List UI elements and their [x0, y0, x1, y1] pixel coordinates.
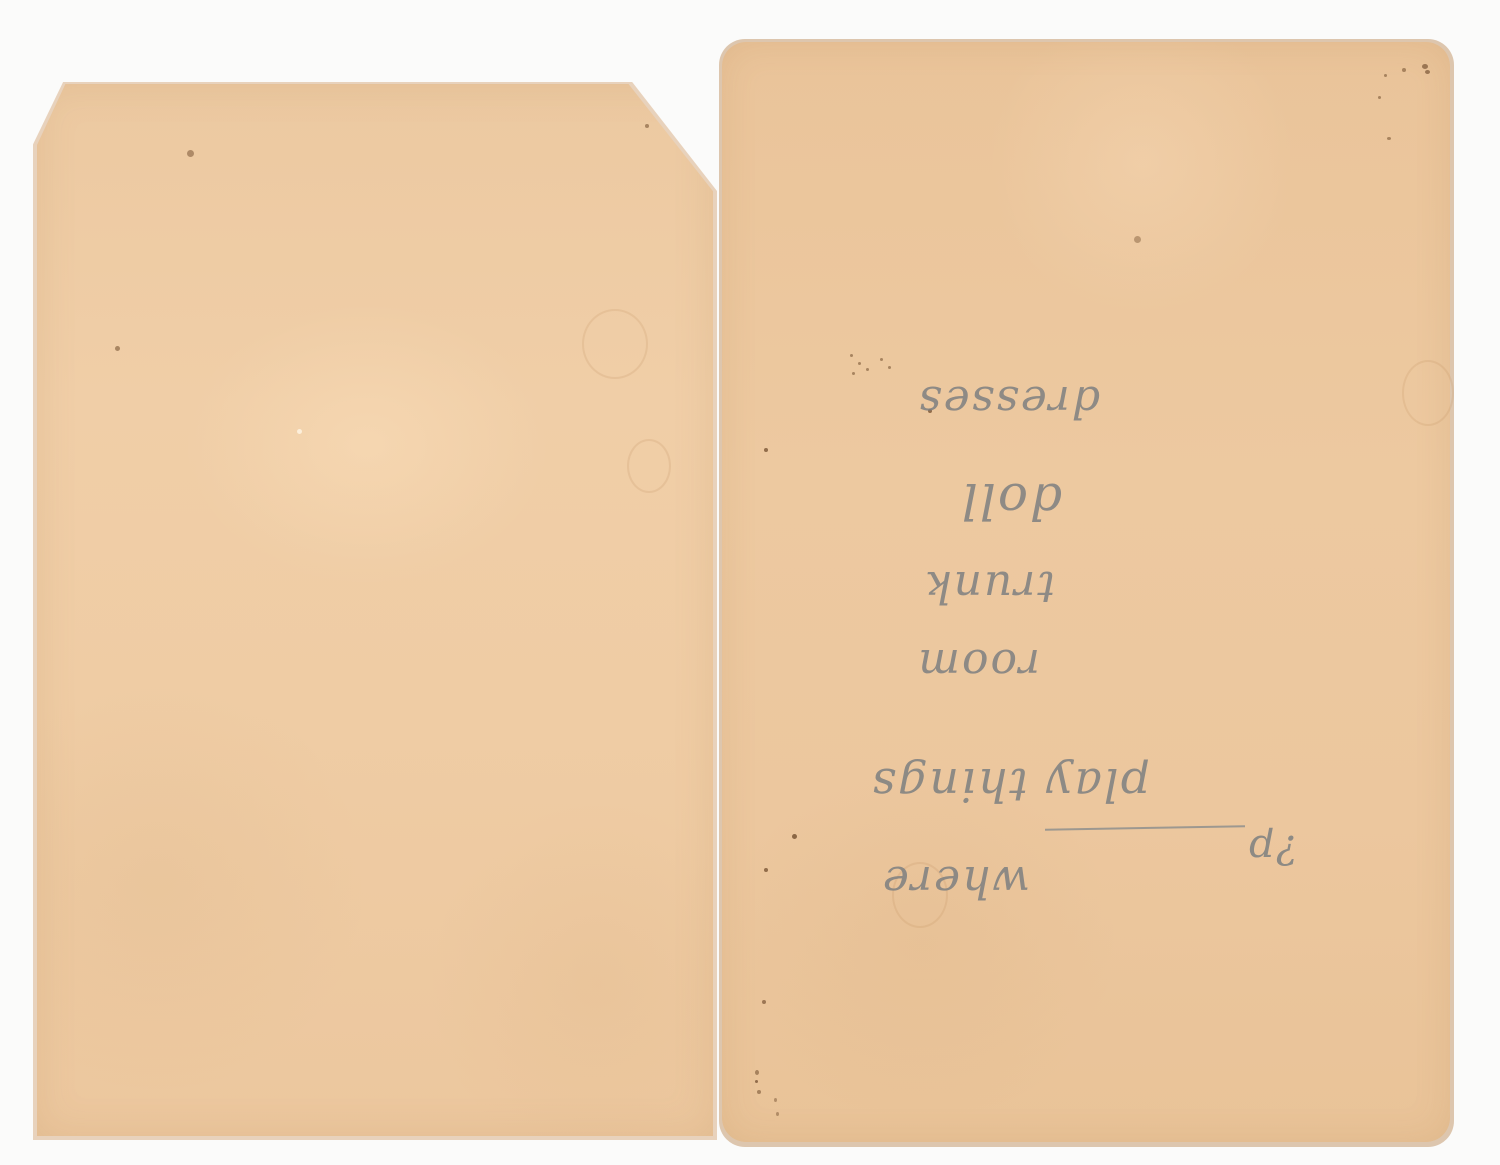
stain-ring [627, 439, 671, 493]
foxing-spot [297, 429, 302, 434]
right-card-back [722, 42, 1450, 1142]
stain-ring [1402, 360, 1454, 426]
foxing-spot [1378, 96, 1381, 99]
foxing-spot [762, 1000, 766, 1004]
foxing-spot [880, 358, 883, 361]
foxing-spot [1402, 68, 1406, 72]
foxing-spot [1384, 74, 1387, 77]
foxing-spot [755, 1070, 759, 1075]
foxing-spot [764, 448, 768, 452]
foxing-spot [755, 1080, 758, 1083]
foxing-spot [187, 150, 194, 157]
foxing-spot [850, 354, 853, 357]
left-card-back [37, 84, 713, 1136]
foxing-spot [1425, 70, 1430, 74]
foxing-spot [928, 409, 932, 413]
foxing-spot [858, 362, 861, 365]
foxing-spot [888, 366, 891, 369]
foxing-spot [866, 368, 869, 371]
foxing-spot [774, 1098, 777, 1102]
stain-ring [582, 309, 648, 379]
foxing-spot [1387, 137, 1391, 140]
foxing-spot [852, 372, 855, 375]
foxing-spot [645, 124, 649, 128]
foxing-spot [115, 346, 120, 351]
foxing-spot [792, 834, 797, 839]
scan-background: dresses doll trunk room play things wher… [0, 0, 1500, 1165]
stain-ring [892, 862, 948, 928]
foxing-spot [1134, 236, 1141, 243]
foxing-spot [776, 1112, 779, 1116]
foxing-spot [1422, 64, 1428, 69]
foxing-spot [764, 868, 768, 872]
foxing-spot [757, 1090, 761, 1094]
